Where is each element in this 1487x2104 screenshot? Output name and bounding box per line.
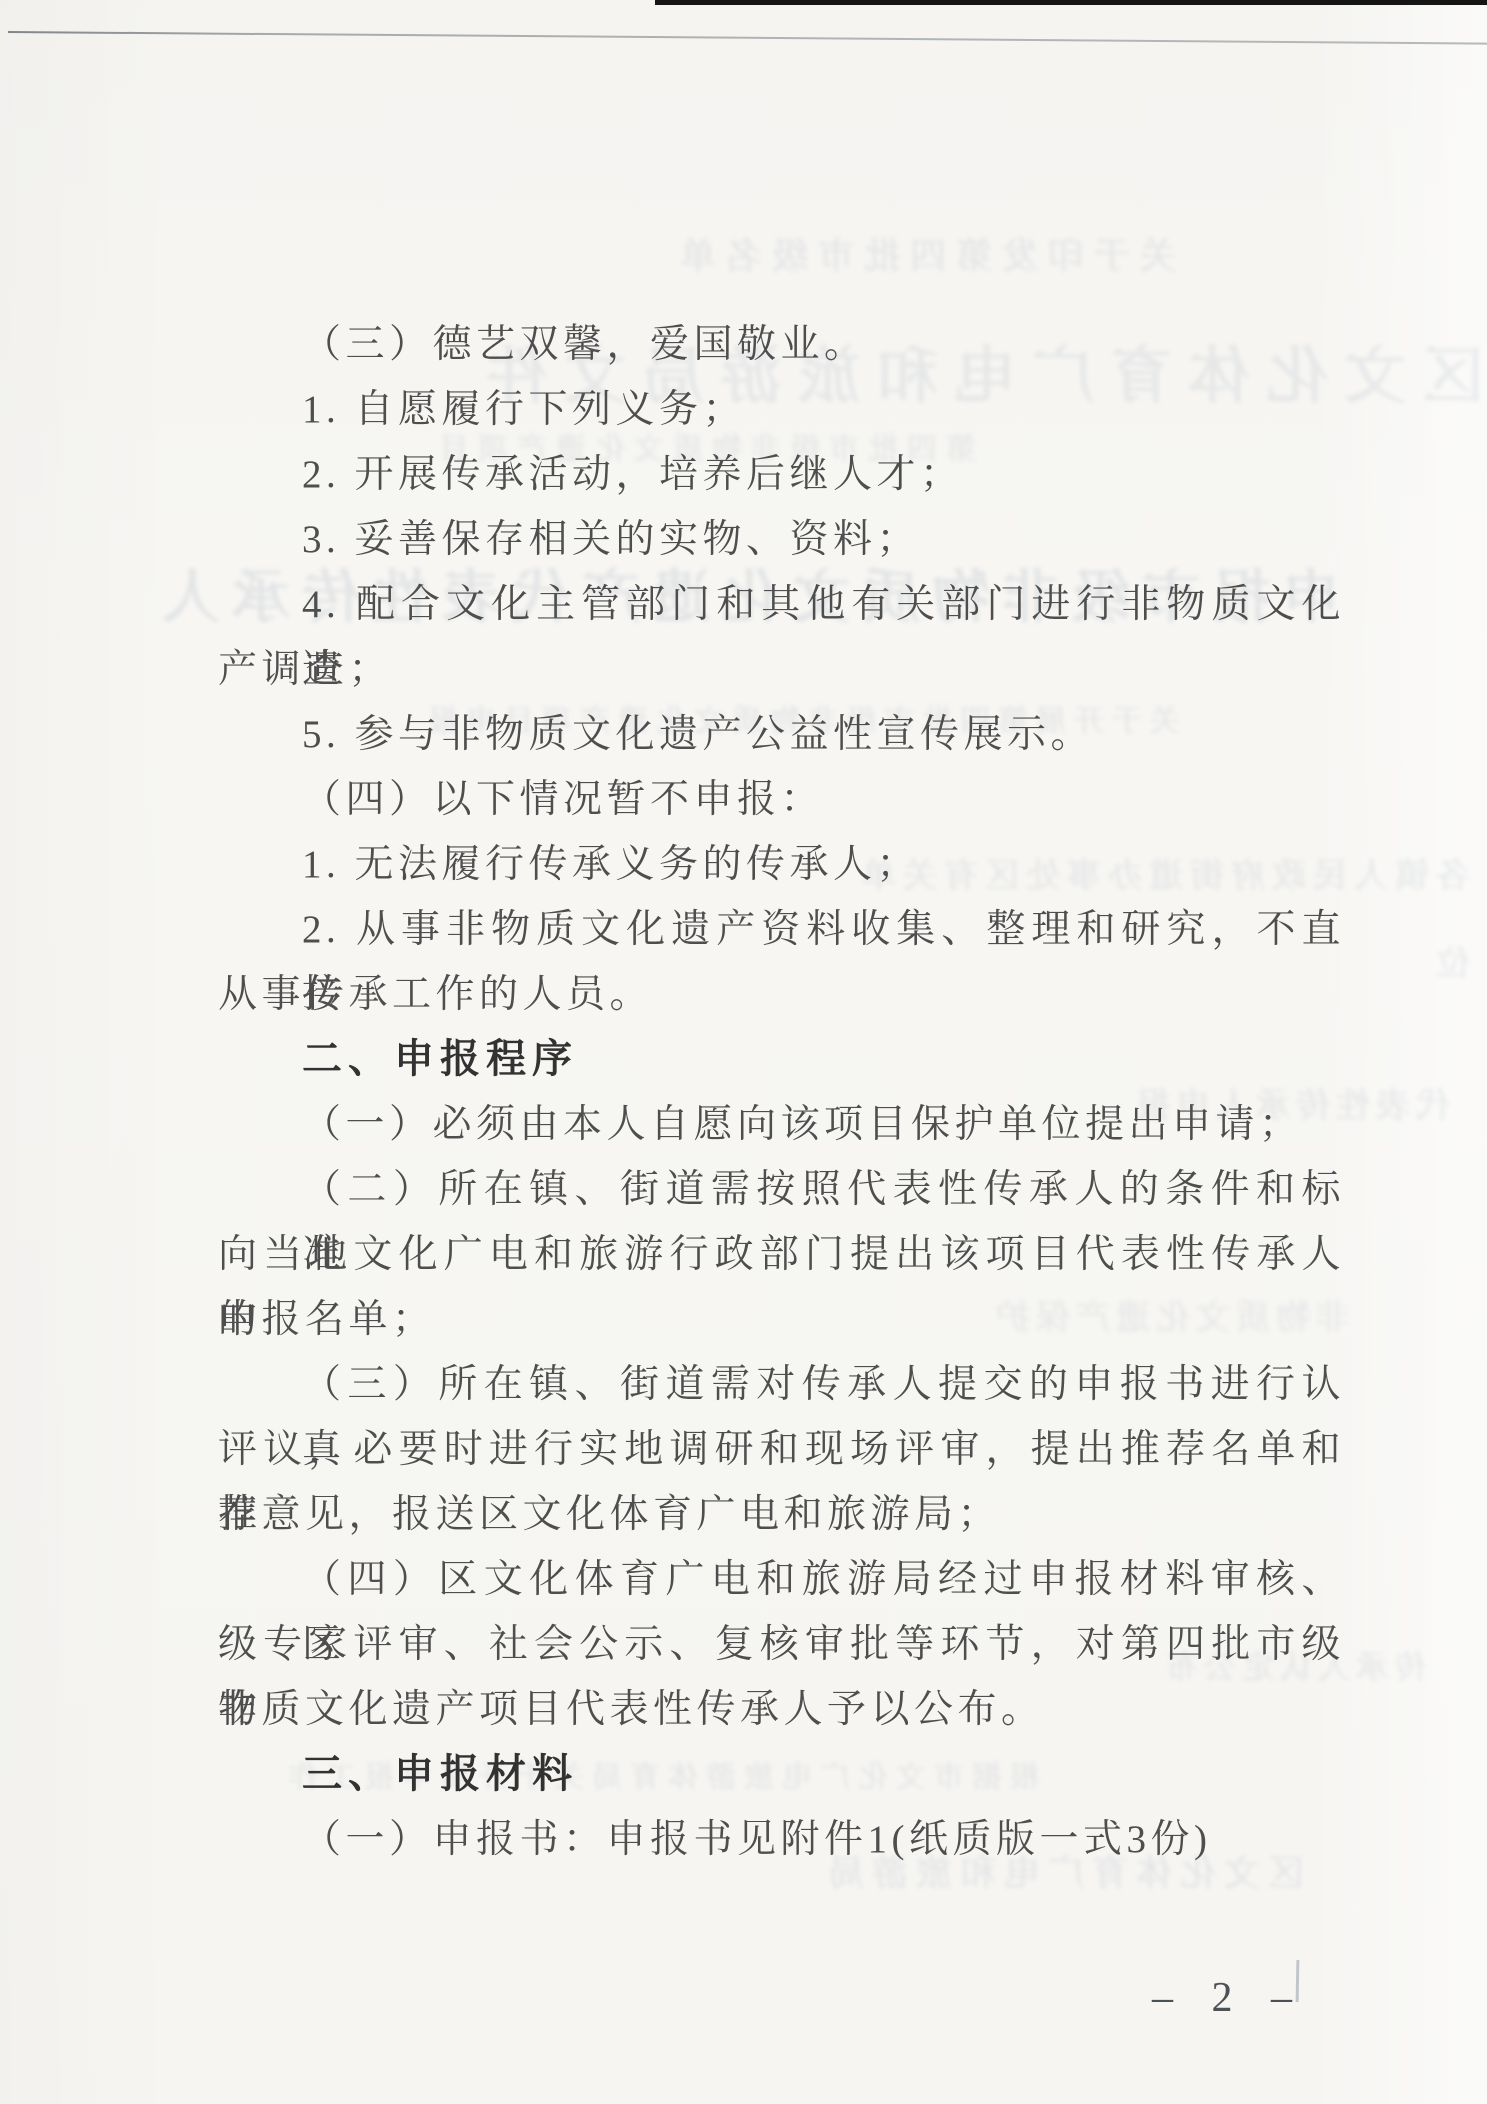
text-line: 1. 自愿履行下列义务； <box>218 377 1345 442</box>
text-line: 5. 参与非物质文化遗产公益性宣传展示。 <box>218 702 1345 767</box>
text-line: （三）德艺双馨，爱国敬业。 <box>218 312 1345 377</box>
scan-crease-line <box>8 31 1487 45</box>
text-line: 2. 开展传承活动，培养后继人才； <box>218 442 1345 507</box>
text-line: 荐意见，报送区文化体育广电和旅游局； <box>218 1482 1345 1547</box>
text-line: 评议，必要时进行实地调研和现场评审，提出推荐名单和推 <box>218 1417 1345 1482</box>
text-line: 1. 无法履行传承义务的传承人； <box>218 832 1345 897</box>
document-body: （三）德艺双馨，爱国敬业。 1. 自愿履行下列义务； 2. 开展传承活动，培养后… <box>218 312 1345 1872</box>
text-line: （四）区文化体育广电和旅游局经过申报材料审核、区 <box>218 1547 1345 1612</box>
bleedthrough-text: 关于印发第四批市级名单 <box>670 228 1176 279</box>
text-line: 向当地文化广电和旅游行政部门提出该项目代表性传承人的 <box>218 1222 1345 1287</box>
document-page: 关于印发第四批市级名单 区文化体育广电和旅游局文件 第四批市级非物质文化遗产项目… <box>0 0 1487 2104</box>
scan-edge-artifact <box>655 0 1487 5</box>
text-line: 4. 配合文化主管部门和其他有关部门进行非物质文化遗 <box>218 572 1345 637</box>
text-line: 级专家评审、社会公示、复核审批等环节，对第四批市级非 <box>218 1612 1345 1677</box>
text-line: 产调查； <box>218 637 1345 702</box>
text-line: （一）必须由本人自愿向该项目保护单位提出申请； <box>218 1092 1345 1157</box>
text-line: 物质文化遗产项目代表性传承人予以公布。 <box>218 1677 1345 1742</box>
section-heading-application-materials: 三、申报材料 <box>218 1742 1345 1807</box>
text-line: 从事传承工作的人员。 <box>218 962 1345 1027</box>
page-number: – 2 – <box>1152 1974 1306 2022</box>
section-heading-application-procedure: 二、申报程序 <box>218 1027 1345 1092</box>
text-line: （三）所在镇、街道需对传承人提交的申报书进行认真 <box>218 1352 1345 1417</box>
text-line: （一）申报书：申报书见附件1(纸质版一式3份) <box>218 1807 1345 1872</box>
text-line: 3. 妥善保存相关的实物、资料； <box>218 507 1345 572</box>
text-line: （四）以下情况暂不申报： <box>218 767 1345 832</box>
text-line: 2. 从事非物质文化遗产资料收集、整理和研究，不直接 <box>218 897 1345 962</box>
text-line: （二）所在镇、街道需按照代表性传承人的条件和标准 <box>218 1157 1345 1222</box>
text-line: 申报名单； <box>218 1287 1345 1352</box>
